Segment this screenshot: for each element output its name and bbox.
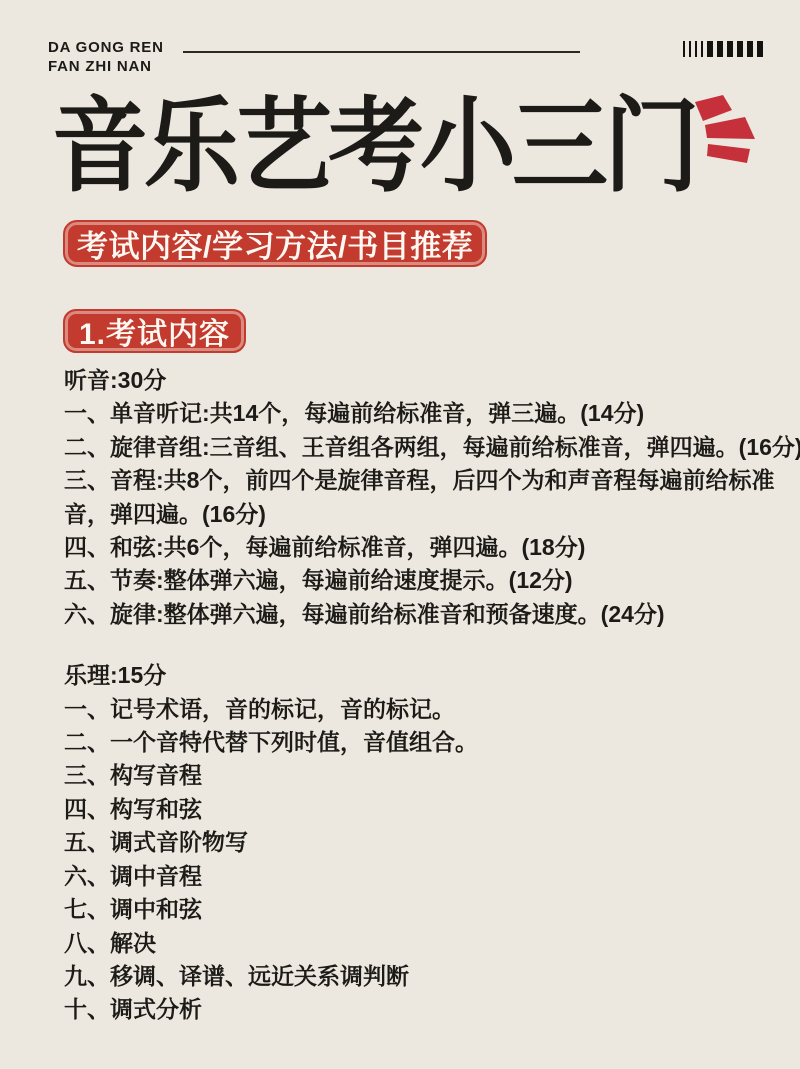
list-item: 五、调式音阶物写 [64, 826, 780, 859]
list-item: 二、一个音特代替下列时值，音值组合。 [64, 726, 780, 759]
poster: DA GONG REN FAN ZHI NAN 音乐艺考小三门 考试内容/学习方… [0, 0, 800, 1069]
list-item: 七、调中和弦 [64, 893, 780, 926]
section-heading-listening: 听音:30分 [64, 364, 780, 397]
section-badge: 1.考试内容 [63, 309, 246, 353]
list-item: 音，弹四遍。(16分) [64, 498, 780, 531]
subtitle-badge: 考试内容/学习方法/书目推荐 [63, 220, 487, 267]
burst-icon [688, 95, 763, 170]
list-item: 二、旋律音组:三音组、王音组各两组，每遍前给标准音，弹四遍。(16分) [64, 431, 780, 464]
brand-line2: FAN ZHI NAN [48, 57, 164, 76]
section-heading-theory: 乐理:15分 [64, 659, 780, 692]
content-body: 听音:30分 一、单音听记:共14个，每遍前给标准音，弹三遍。(14分) 二、旋… [64, 364, 780, 1027]
list-item: 四、构写和弦 [64, 793, 780, 826]
list-item: 六、调中音程 [64, 860, 780, 893]
list-item: 四、和弦:共6个，每遍前给标准音，弹四遍。(18分) [64, 531, 780, 564]
page-title: 音乐艺考小三门 [52, 96, 696, 199]
list-item: 九、移调、译谱、远近关系调判断 [64, 960, 780, 993]
list-item: 一、单音听记:共14个，每遍前给标准音，弹三遍。(14分) [64, 397, 780, 430]
list-item: 十、调式分析 [64, 993, 780, 1026]
brand-line1: DA GONG REN [48, 38, 164, 57]
list-item: 六、旋律:整体弹六遍，每遍前给标准音和预备速度。(24分) [64, 598, 780, 631]
list-item: 三、音程:共8个，前四个是旋律音程，后四个为和声音程每遍前给标准 [64, 464, 780, 497]
list-item: 三、构写音程 [64, 759, 780, 792]
brand-text: DA GONG REN FAN ZHI NAN [48, 38, 164, 76]
list-item: 一、记号术语，音的标记，音的标记。 [64, 693, 780, 726]
list-item: 五、节奏:整体弹六遍，每遍前给速度提示。(12分) [64, 564, 780, 597]
divider-line [183, 51, 580, 53]
list-item: 八、解决 [64, 927, 780, 960]
barcode-icon [683, 41, 763, 57]
